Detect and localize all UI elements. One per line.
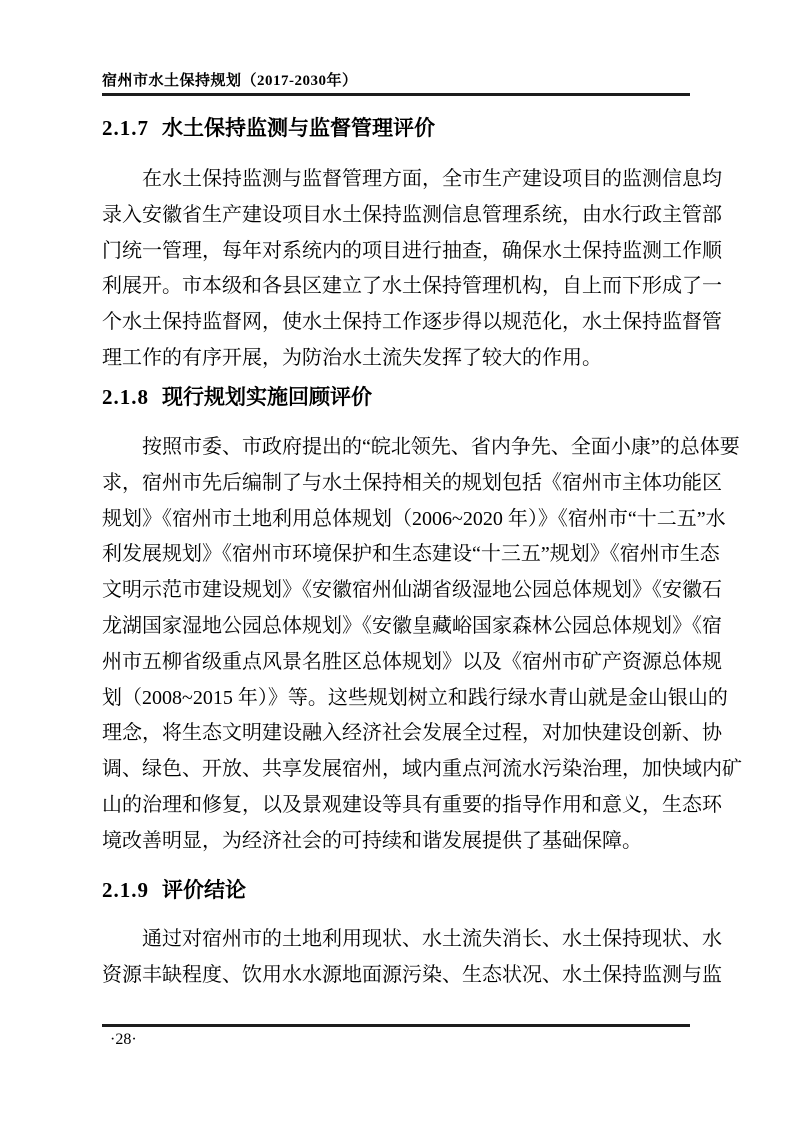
body-line: 调、绿色、开放、共享发展宿州，域内重点河流水污染治理，加快域内矿 [102,752,690,788]
section-number: 2.1.7 [102,116,149,140]
paragraph-2-1-7: 在水土保持监测与监督管理方面，全市生产建设项目的监测信息均 录入安徽省生产建设项… [102,162,690,377]
body-line: 理念，将生态文明建设融入经济社会发展全过程，对加快建设创新、协 [102,716,690,752]
paragraph-2-1-8: 按照市委、市政府提出的“皖北领先、省内争先、全面小康”的总体要 求，宿州市先后编… [102,430,690,860]
section-title: 现行规划实施回顾评价 [162,385,372,409]
body-line: 按照市委、市政府提出的“皖北领先、省内争先、全面小康”的总体要 [102,430,690,466]
body-line: 录入安徽省生产建设项目水土保持监测信息管理系统，由水行政主管部 [102,198,690,234]
body-line: 州市五柳省级重点风景名胜区总体规划》以及《宿州市矿产资源总体规 [102,645,690,681]
paragraph-2-1-9: 通过对宿州市的土地利用现状、水土流失消长、水土保持现状、水 资源丰缺程度、饮用水… [102,922,690,994]
running-header-title: 宿州市水土保持规划（2017-2030年） [102,73,358,89]
page-number: ·28· [110,1030,137,1049]
section-heading-2-1-9: 2.1.9评价结论 [102,876,722,904]
body-line: 在水土保持监测与监督管理方面，全市生产建设项目的监测信息均 [102,162,690,198]
footer-rule [102,1024,690,1027]
body-line: 利展开。市本级和各县区建立了水土保持管理机构，自上而下形成了一 [102,269,690,305]
body-line: 文明示范市建设规划》《安徽宿州仙湖省级湿地公园总体规划》《安徽石 [102,573,690,609]
body-line: 划（2008~2015 年）》等。这些规划树立和践行绿水青山就是金山银山的 [102,681,690,717]
body-line: 资源丰缺程度、饮用水水源地面源污染、生态状况、水土保持监测与监 [102,958,690,994]
document-page: 宿州市水土保持规划（2017-2030年） 2.1.7水土保持监测与监督管理评价… [0,0,793,1122]
section-title: 水土保持监测与监督管理评价 [162,116,435,140]
section-title: 评价结论 [162,878,246,902]
running-header: 宿州市水土保持规划（2017-2030年） [102,72,690,96]
body-line: 利发展规划》《宿州市环境保护和生态建设“十三五”规划》《宿州市生态 [102,537,690,573]
section-number: 2.1.8 [102,385,149,409]
body-line: 理工作的有序开展，为防治水土流失发挥了较大的作用。 [102,341,690,377]
body-line: 境改善明显，为经济社会的可持续和谐发展提供了基础保障。 [102,824,690,860]
body-line: 龙湖国家湿地公园总体规划》《安徽皇藏峪国家森林公园总体规划》《宿 [102,609,690,645]
body-line: 求，宿州市先后编制了与水土保持相关的规划包括《宿州市主体功能区 [102,466,690,502]
section-heading-2-1-7: 2.1.7水土保持监测与监督管理评价 [102,114,722,142]
body-line: 通过对宿州市的土地利用现状、水土流失消长、水土保持现状、水 [102,922,690,958]
section-heading-2-1-8: 2.1.8现行规划实施回顾评价 [102,383,722,411]
body-line: 规划》《宿州市土地利用总体规划（2006~2020 年）》《宿州市“十二五”水 [102,502,690,538]
section-number: 2.1.9 [102,878,149,902]
body-line: 山的治理和修复，以及景观建设等具有重要的指导作用和意义，生态环 [102,788,690,824]
body-line: 门统一管理，每年对系统内的项目进行抽查，确保水土保持监测工作顺 [102,234,690,270]
body-line: 个水土保持监督网，使水土保持工作逐步得以规范化，水土保持监督管 [102,305,690,341]
